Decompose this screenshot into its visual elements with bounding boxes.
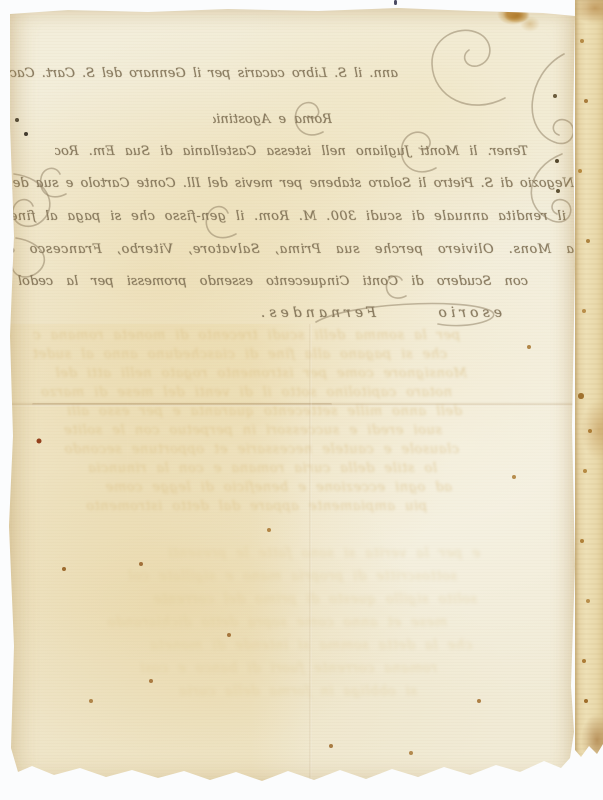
fold-crease-horizontal-dark-segment bbox=[32, 403, 332, 406]
handwriting-line: ann. il S. Libro cacaris per il Gennaro … bbox=[10, 66, 398, 81]
page-edge-strip-right bbox=[575, 0, 603, 800]
handwriting-line: Tener. li Monti Jugliano nell istessa Ca… bbox=[55, 144, 528, 159]
handwriting-line: con Scudero di Conti Cinquecento essendo… bbox=[18, 274, 528, 289]
edge-strip-specks bbox=[575, 0, 577, 2]
handwriting-line: Negozio di S. Pietro li Solaro stabene p… bbox=[8, 176, 574, 191]
pen-mark-top-edge bbox=[394, 0, 397, 5]
handwriting-line: Roma e Agostiniani bbox=[213, 112, 332, 127]
handwriting-line: a Mons. Oliviero perche sua Prima, Salva… bbox=[8, 242, 574, 257]
signature-line: esorio Fernandes. bbox=[232, 305, 502, 321]
foxing-specks bbox=[8, 6, 10, 8]
fold-crease-vertical bbox=[309, 324, 312, 780]
manuscript-page: e per la verita si sono fatte le present… bbox=[8, 6, 577, 792]
handwriting-layer: ann. il S. Libro cacaris per il Gennaro … bbox=[8, 6, 577, 792]
handwriting-line: il rendita annuale di scudi 300. M. Rom.… bbox=[8, 209, 566, 224]
stain-top-right bbox=[504, 8, 530, 23]
manuscript-scan: e per la verita si sono fatte le present… bbox=[0, 0, 603, 800]
